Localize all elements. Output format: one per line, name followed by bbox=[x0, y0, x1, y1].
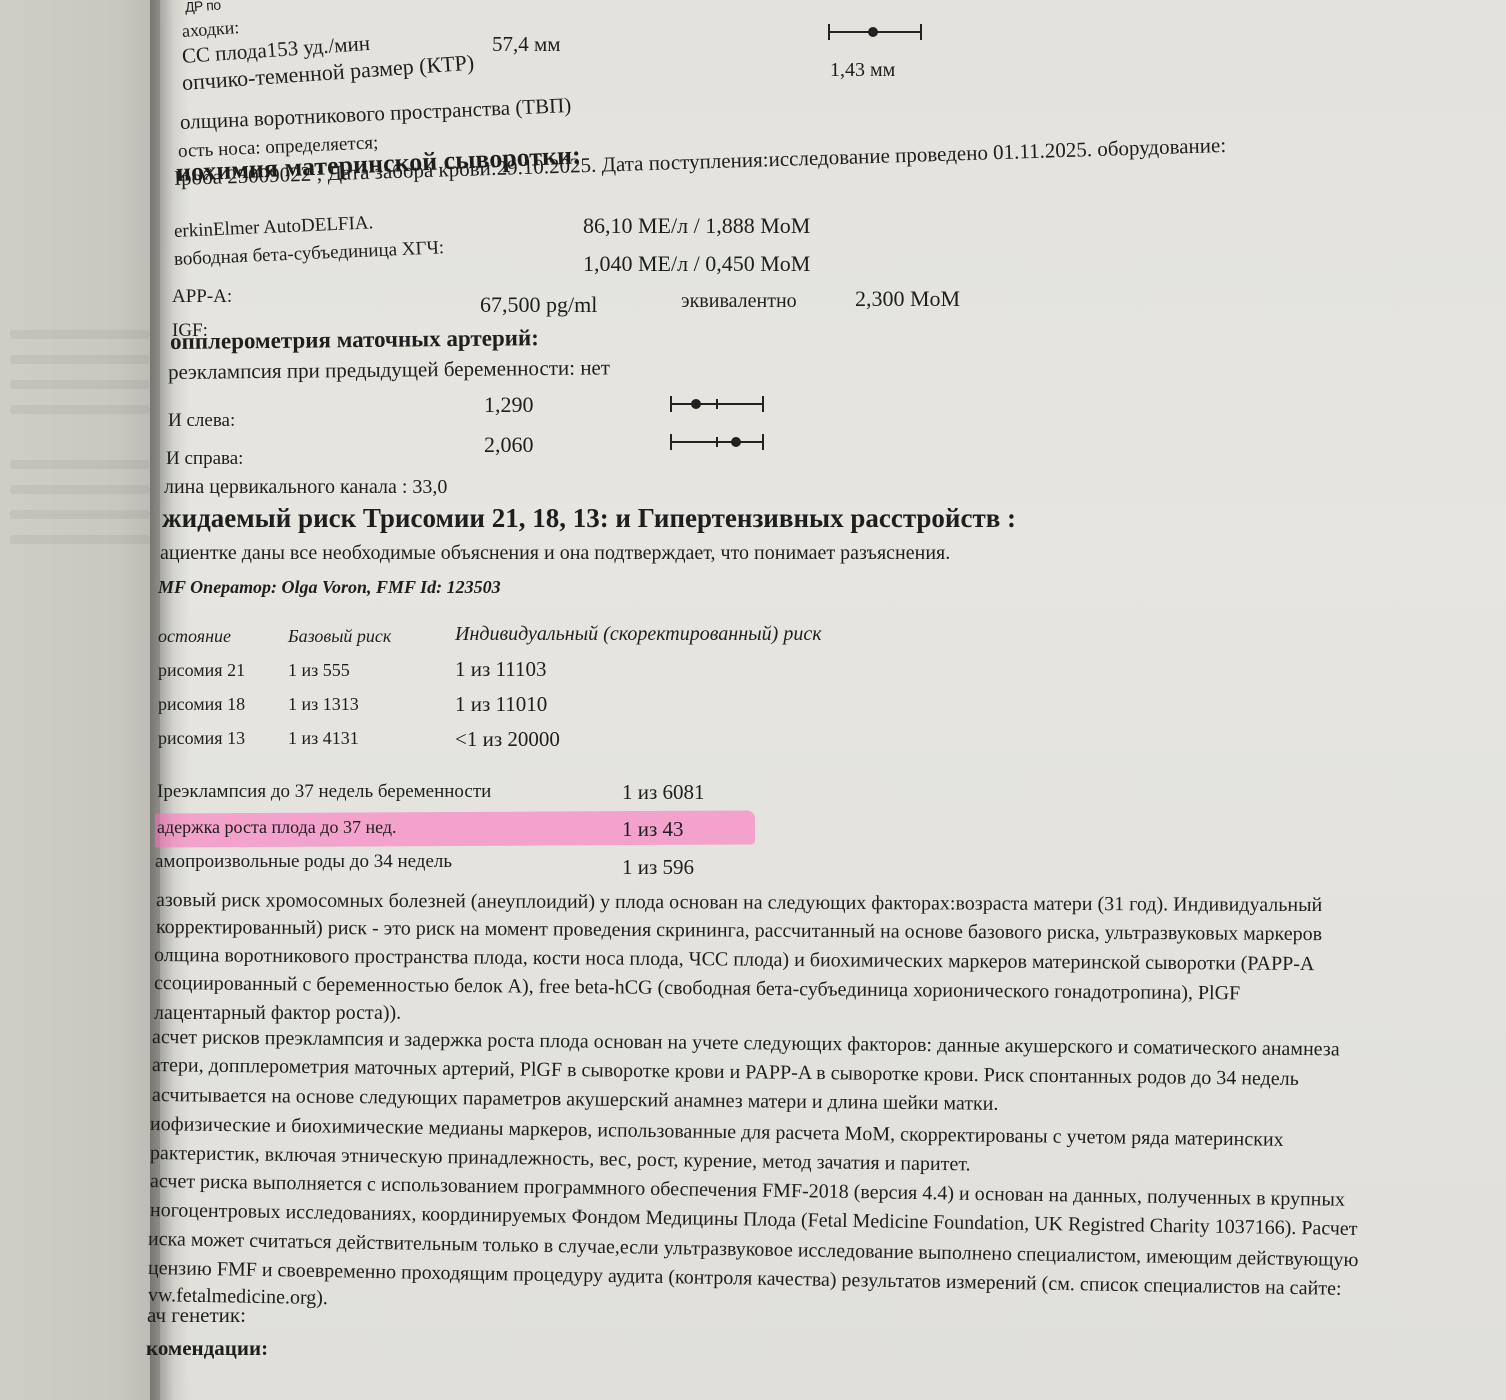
plgf-equivalent-label: эквивалентно bbox=[681, 291, 797, 311]
pappa-label: APP-A: bbox=[172, 287, 232, 306]
cell-condition: рисомия 13 bbox=[158, 729, 245, 747]
risk-value: 1 из 596 bbox=[622, 857, 694, 878]
tvp-range-scale bbox=[828, 24, 922, 40]
cell-base-risk: 1 из 4131 bbox=[288, 729, 359, 747]
risk-title: жидаемый риск Трисомии 21, 18, 13: и Гип… bbox=[162, 505, 1016, 532]
tvp-marker bbox=[868, 27, 878, 37]
pi-right-marker bbox=[731, 437, 741, 447]
tvp-value: 1,43 мм bbox=[830, 60, 895, 80]
pi-left-range-scale bbox=[670, 396, 764, 412]
cell-condition: рисомия 21 bbox=[158, 661, 245, 679]
col-header-condition: остояние bbox=[158, 627, 231, 645]
cut-line: ДР по bbox=[185, 0, 221, 14]
pi-left-label: И слева: bbox=[168, 411, 235, 430]
risk-value: 1 из 6081 bbox=[622, 782, 705, 803]
pi-right-range-scale bbox=[670, 434, 764, 450]
cell-individual-risk: <1 из 20000 bbox=[455, 729, 560, 750]
pi-right-value: 2,060 bbox=[484, 434, 534, 456]
preeclampsia-previous: реэклампсия при предыдущей беременности:… bbox=[168, 357, 610, 383]
col-header-individual-risk: Индивидуальный (скоректированный) риск bbox=[455, 624, 822, 644]
cell-base-risk: 1 из 555 bbox=[288, 661, 350, 679]
risk-label: Іреэклампсия до 37 недель беременности bbox=[157, 782, 491, 801]
text-line: лацентарный фактор роста)). bbox=[154, 1003, 401, 1023]
pi-left-value: 1,290 bbox=[484, 394, 534, 416]
pi-left-marker bbox=[691, 399, 701, 409]
risk-label: адержка роста плода до 37 нед. bbox=[157, 818, 397, 836]
operator: MF Оператор: Olga Voron, FMF Id: 123503 bbox=[158, 578, 501, 596]
ktr-value: 57,4 мм bbox=[492, 34, 561, 55]
plgf-value: 67,500 pg/ml bbox=[480, 294, 597, 316]
plgf-equivalent-value: 2,300 MoM bbox=[855, 288, 960, 310]
pi-right-label: И справа: bbox=[166, 449, 243, 468]
findings-label: аходки: bbox=[181, 18, 239, 40]
col-header-base-risk: Базовый риск bbox=[288, 627, 391, 645]
risk-label: амопроизвольные роды до 34 недель bbox=[155, 852, 452, 871]
adjacent-page bbox=[0, 0, 165, 1400]
geneticist-label: ач генетик: bbox=[147, 1305, 246, 1326]
risk-value: 1 из 43 bbox=[622, 819, 684, 840]
cervix-length: лина цервикального канала : 33,0 bbox=[164, 477, 447, 497]
doppler-title: опплерометрия маточных артерий: bbox=[170, 326, 539, 353]
cell-individual-risk: 1 из 11103 bbox=[455, 659, 546, 680]
cell-condition: рисомия 18 bbox=[158, 695, 245, 713]
consent-text: ациентке даны все необходимые объяснения… bbox=[160, 543, 950, 563]
text-line: азовый риск хромосомных болезней (анеупл… bbox=[156, 890, 1322, 915]
free-hcg-value: 86,10 МЕ/л / 1,888 MoM bbox=[583, 215, 810, 237]
pappa-value: 1,040 МЕ/л / 0,450 MoM bbox=[583, 253, 810, 275]
cell-base-risk: 1 из 1313 bbox=[288, 695, 359, 713]
recommendations-label: комендации: bbox=[146, 1338, 268, 1359]
cell-individual-risk: 1 из 11010 bbox=[455, 694, 547, 715]
